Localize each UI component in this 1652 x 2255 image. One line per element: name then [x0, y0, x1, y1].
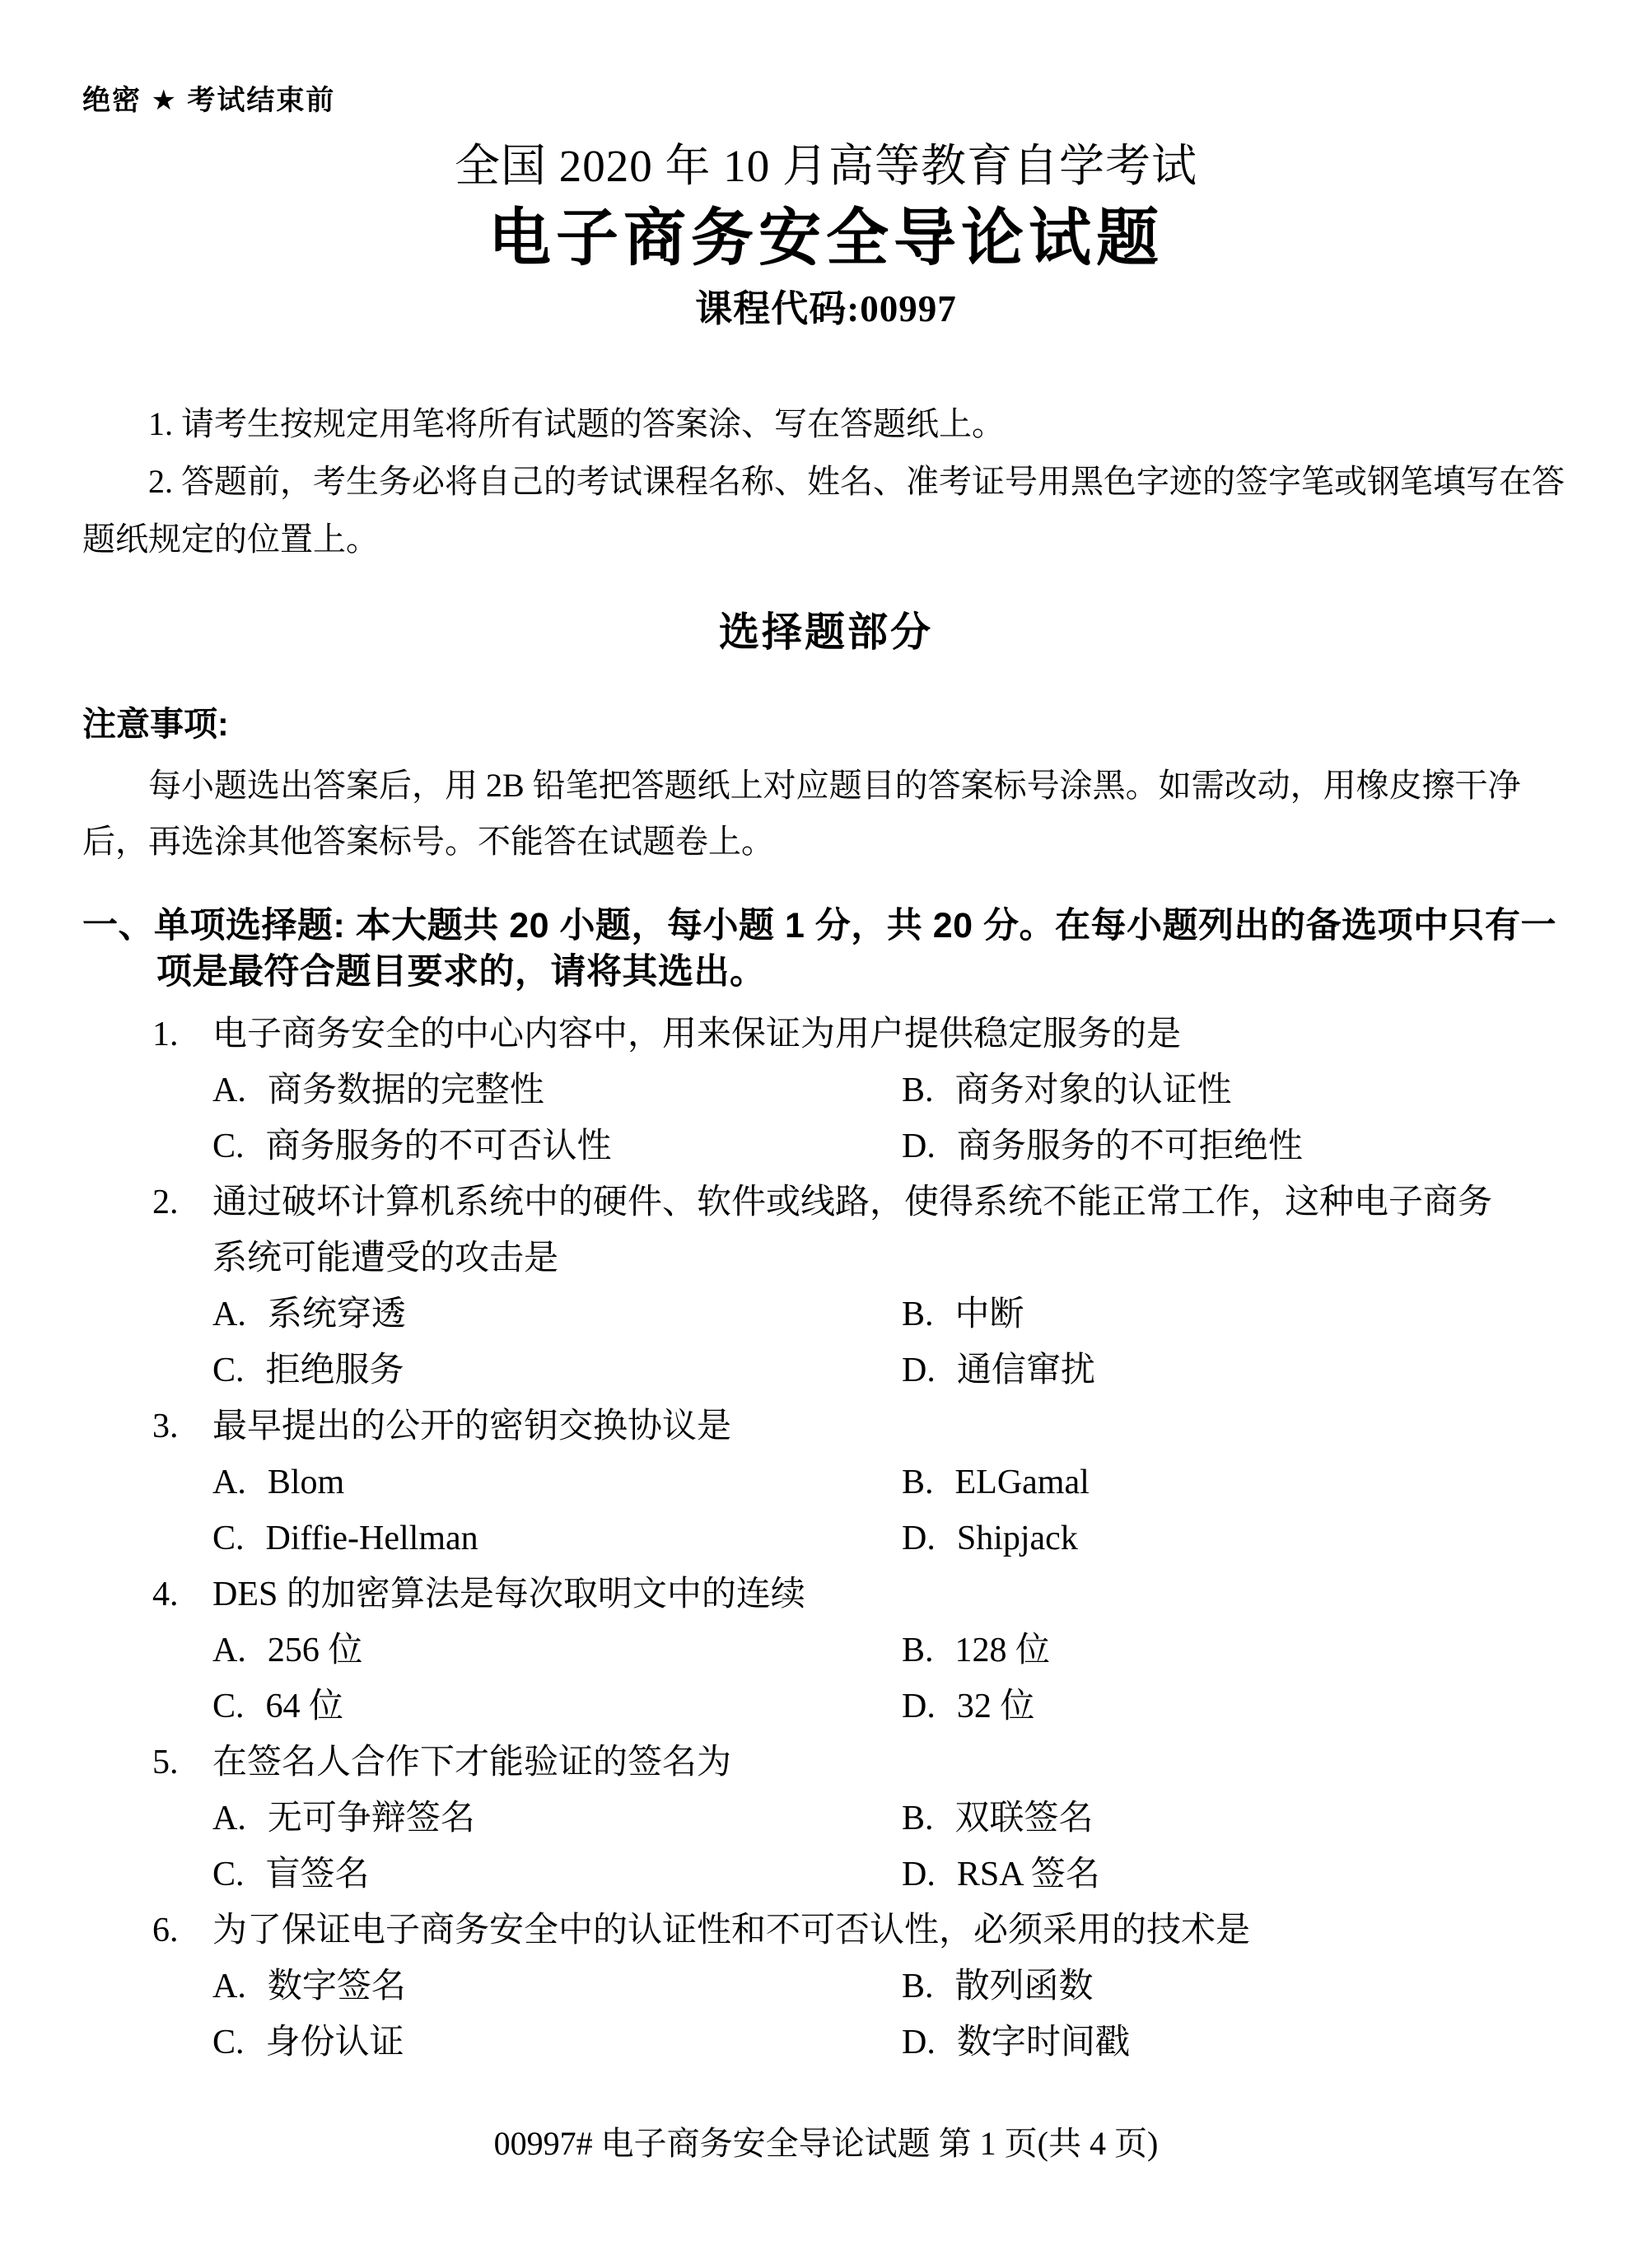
option-text: RSA 签名: [957, 1856, 1100, 1893]
question-stem: 在签名人合作下才能验证的签名为: [212, 1734, 1505, 1790]
option-text: 商务对象的认证性: [955, 1071, 1232, 1109]
question-number: 3.: [152, 1398, 212, 1454]
option-text: ELGamal: [955, 1464, 1090, 1501]
option-label: D.: [902, 1342, 936, 1398]
option-item-a: A.256 位: [212, 1622, 902, 1678]
option-item-a: A.Blom: [212, 1454, 902, 1510]
option-label: A.: [212, 1062, 246, 1118]
question-stem: 电子商务安全的中心内容中，用来保证为用户提供稳定服务的是: [212, 1006, 1505, 1062]
instruction-item-1: 1. 请考生按规定用笔将所有试题的答案涂、写在答题纸上。: [82, 395, 1570, 453]
section-one-heading: 一、单项选择题: 本大题共 20 小题，每小题 1 分，共 20 分。在每小题列…: [82, 903, 1570, 995]
option-item-b: B.商务对象的认证性: [902, 1062, 1570, 1118]
notice-label: 注意事项:: [82, 703, 1570, 745]
option-item-d: D.RSA 签名: [902, 1846, 1570, 1903]
instructions-block: 1. 请考生按规定用笔将所有试题的答案涂、写在答题纸上。 2. 答题前，考生务必…: [82, 395, 1570, 568]
option-text: 拒绝服务: [266, 1352, 404, 1389]
option-item-d: D.Shipjack: [902, 1510, 1570, 1566]
option-text: 通信窜扰: [957, 1352, 1095, 1389]
option-label: A.: [212, 1286, 246, 1342]
option-item-c: C.Diffie-Hellman: [212, 1510, 902, 1566]
option-item-b: B.散列函数: [902, 1959, 1570, 2015]
option-label: C.: [212, 1510, 245, 1566]
question-number: 2.: [152, 1174, 212, 1286]
option-item-c: C.拒绝服务: [212, 1342, 902, 1398]
question-item-1: 1. 电子商务安全的中心内容中，用来保证为用户提供稳定服务的是 A.商务数据的完…: [152, 1006, 1570, 1174]
option-label: A.: [212, 1622, 246, 1678]
option-label: C.: [212, 1342, 245, 1398]
option-text: 散列函数: [955, 1968, 1094, 2005]
option-label: D.: [902, 1118, 936, 1174]
option-label: B.: [902, 1062, 934, 1118]
option-item-c: C.盲签名: [212, 1846, 902, 1903]
choice-part-title: 选择题部分: [82, 609, 1570, 656]
question-list: 1. 电子商务安全的中心内容中，用来保证为用户提供稳定服务的是 A.商务数据的完…: [152, 1006, 1570, 2071]
option-item-a: A.商务数据的完整性: [212, 1062, 902, 1118]
option-item-c: C.商务服务的不可否认性: [212, 1118, 902, 1174]
page-footer: 00997# 电子商务安全导论试题 第 1 页(共 4 页): [0, 2123, 1652, 2164]
question-item-6: 6. 为了保证电子商务安全中的认证性和不可否认性，必须采用的技术是 A.数字签名…: [152, 1903, 1570, 2071]
option-label: B.: [902, 1790, 934, 1846]
option-item-b: B.双联签名: [902, 1790, 1570, 1846]
option-label: D.: [902, 2015, 936, 2071]
option-label: D.: [902, 1510, 936, 1566]
question-options: A.商务数据的完整性 B.商务对象的认证性 C.商务服务的不可否认性 D.商务服…: [212, 1062, 1570, 1174]
option-label: C.: [212, 1118, 245, 1174]
question-stem: 为了保证电子商务安全中的认证性和不可否认性，必须采用的技术是: [212, 1903, 1505, 1959]
option-item-a: A.系统穿透: [212, 1286, 902, 1342]
option-text: 商务数据的完整性: [268, 1071, 544, 1109]
section-heading-text: 本大题共 20 小题，每小题 1 分，共 20 分。在每小题列出的备选项中只有一…: [156, 906, 1556, 992]
option-text: 盲签名: [266, 1856, 370, 1893]
option-label: C.: [212, 2015, 245, 2071]
option-text: 数字签名: [268, 1968, 406, 2005]
question-stem: 最早提出的公开的密钥交换协议是: [212, 1398, 1505, 1454]
option-item-b: B.128 位: [902, 1622, 1570, 1678]
option-label: D.: [902, 1846, 936, 1903]
question-number: 6.: [152, 1903, 212, 1959]
option-label: A.: [212, 1959, 246, 2015]
option-text: 无可争辩签名: [268, 1800, 475, 1837]
question-stem: 通过破坏计算机系统中的硬件、软件或线路，使得系统不能正常工作，这种电子商务系统可…: [212, 1174, 1505, 1286]
paper-title: 电子商务安全导论试题: [82, 203, 1570, 275]
option-label: A.: [212, 1790, 246, 1846]
option-label: A.: [212, 1454, 246, 1510]
option-label: C.: [212, 1678, 245, 1734]
section-heading-title: 单项选择题:: [154, 906, 345, 945]
option-text: 中断: [955, 1296, 1024, 1333]
question-options: A.Blom B.ELGamal C.Diffie-Hellman D.Ship…: [212, 1454, 1570, 1566]
option-text: 256 位: [268, 1632, 363, 1669]
question-number: 4.: [152, 1566, 212, 1622]
option-text: 商务服务的不可拒绝性: [957, 1127, 1303, 1165]
option-text: Shipjack: [957, 1520, 1078, 1557]
option-item-a: A.无可争辩签名: [212, 1790, 902, 1846]
question-number: 1.: [152, 1006, 212, 1062]
section-heading-number: 一、: [82, 906, 154, 945]
question-options: A.系统穿透 B.中断 C.拒绝服务 D.通信窜扰: [212, 1286, 1570, 1398]
option-text: 商务服务的不可否认性: [266, 1127, 612, 1165]
option-label: B.: [902, 1454, 934, 1510]
question-number: 5.: [152, 1734, 212, 1790]
option-text: 数字时间戳: [957, 2024, 1130, 2061]
option-item-c: C.64 位: [212, 1678, 902, 1734]
option-text: 32 位: [957, 1688, 1035, 1725]
option-label: C.: [212, 1846, 245, 1903]
option-text: Blom: [268, 1464, 344, 1501]
classification-banner: 绝密 ★ 考试结束前: [82, 82, 1570, 119]
question-item-4: 4. DES 的加密算法是每次取明文中的连续 A.256 位 B.128 位 C…: [152, 1566, 1570, 1734]
option-text: 64 位: [266, 1688, 344, 1725]
option-item-b: B.ELGamal: [902, 1454, 1570, 1510]
exam-paper-page: 绝密 ★ 考试结束前 全国 2020 年 10 月高等教育自学考试 电子商务安全…: [0, 0, 1652, 2255]
question-item-5: 5. 在签名人合作下才能验证的签名为 A.无可争辩签名 B.双联签名 C.盲签名…: [152, 1734, 1570, 1903]
option-item-b: B.中断: [902, 1286, 1570, 1342]
option-item-d: D.数字时间戳: [902, 2015, 1570, 2071]
option-text: 系统穿透: [268, 1296, 406, 1333]
option-text: 128 位: [955, 1632, 1051, 1669]
option-label: B.: [902, 1286, 934, 1342]
question-options: A.数字签名 B.散列函数 C.身份认证 D.数字时间戳: [212, 1959, 1570, 2071]
question-item-2: 2. 通过破坏计算机系统中的硬件、软件或线路，使得系统不能正常工作，这种电子商务…: [152, 1174, 1570, 1398]
option-label: D.: [902, 1678, 936, 1734]
notice-text: 每小题选出答案后，用 2B 铅笔把答题纸上对应题目的答案标号涂黑。如需改动，用橡…: [82, 758, 1570, 870]
option-item-c: C.身份认证: [212, 2015, 902, 2071]
instruction-item-2: 2. 答题前，考生务必将自己的考试课程名称、姓名、准考证号用黑色字迹的签字笔或钢…: [82, 453, 1570, 568]
question-item-3: 3. 最早提出的公开的密钥交换协议是 A.Blom B.ELGamal C.Di…: [152, 1398, 1570, 1566]
question-stem: DES 的加密算法是每次取明文中的连续: [212, 1566, 1505, 1622]
option-label: B.: [902, 1622, 934, 1678]
option-text: 身份认证: [266, 2024, 404, 2061]
option-item-d: D.商务服务的不可拒绝性: [902, 1118, 1570, 1174]
option-text: 双联签名: [955, 1800, 1094, 1837]
option-text: Diffie-Hellman: [266, 1520, 478, 1557]
course-code: 课程代码:00997: [82, 287, 1570, 331]
question-options: A.无可争辩签名 B.双联签名 C.盲签名 D.RSA 签名: [212, 1790, 1570, 1903]
option-item-d: D.32 位: [902, 1678, 1570, 1734]
option-item-d: D.通信窜扰: [902, 1342, 1570, 1398]
exam-title: 全国 2020 年 10 月高等教育自学考试: [82, 140, 1570, 193]
question-options: A.256 位 B.128 位 C.64 位 D.32 位: [212, 1622, 1570, 1734]
option-item-a: A.数字签名: [212, 1959, 902, 2015]
option-label: B.: [902, 1959, 934, 2015]
